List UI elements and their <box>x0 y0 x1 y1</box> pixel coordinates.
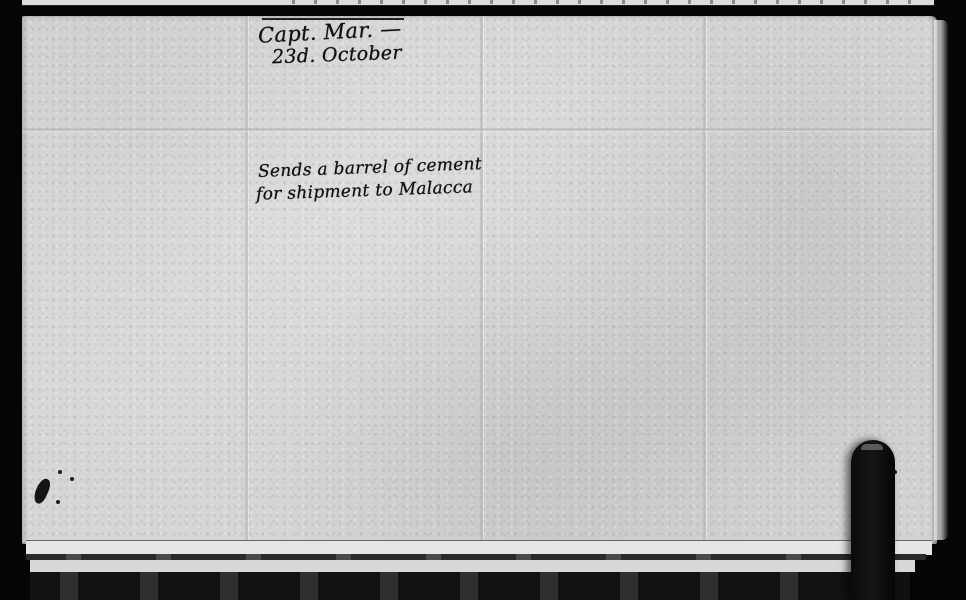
previous-page-edge <box>22 0 934 6</box>
page-weight <box>851 440 895 600</box>
fold-line <box>703 16 706 544</box>
fold-line <box>22 128 937 131</box>
page-bottom-edge <box>26 540 932 555</box>
ink-dot <box>70 477 74 481</box>
binding-edge <box>30 572 910 600</box>
ink-dot <box>58 470 62 474</box>
page-right-edge <box>934 20 948 540</box>
manuscript-page <box>22 16 937 544</box>
fold-line <box>245 16 248 544</box>
manuscript-scan: Capt. Mar. — 23d. October Sends a barrel… <box>0 0 966 600</box>
page-stack-edge <box>30 560 915 572</box>
ink-dot <box>56 500 60 504</box>
fold-line <box>480 16 483 544</box>
date-heading: 23d. October <box>272 42 403 69</box>
